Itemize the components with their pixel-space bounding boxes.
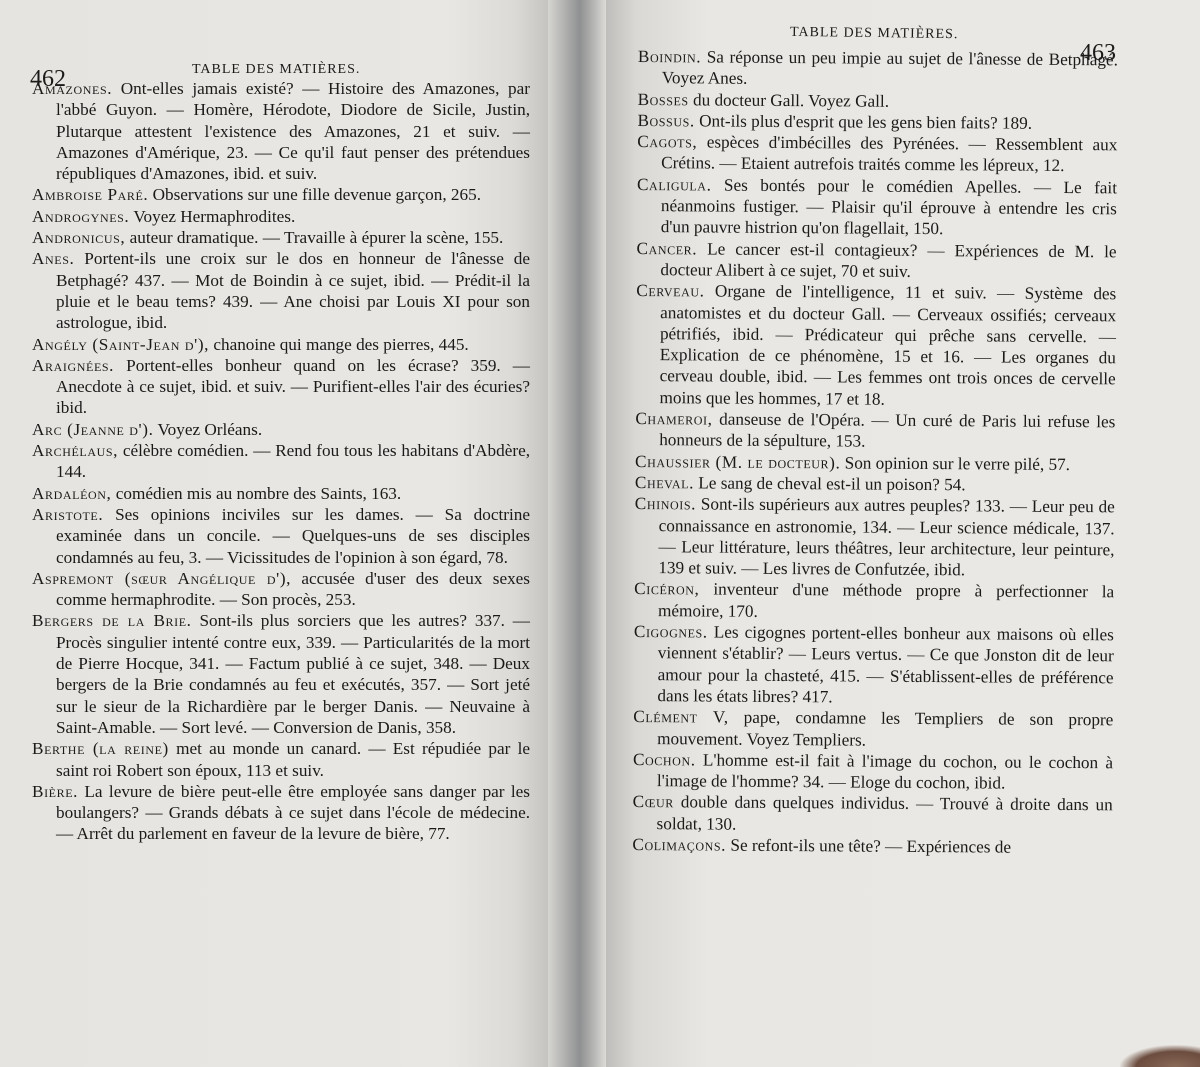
running-head: TABLE DES MATIÈRES. [192, 62, 360, 78]
entry-heading: Caligula. [637, 175, 712, 195]
entry-heading: Amazones. [32, 79, 112, 98]
index-entry: Cagots, espèces d'imbécilles des Pyrénée… [637, 131, 1117, 177]
index-entry: Berthe (la reine) met au monde un canard… [32, 738, 530, 781]
entry-text: auteur dramatique. — Travaille à épurer … [125, 228, 503, 247]
entry-heading: Anes. [32, 249, 74, 268]
entry-text: danseuse de l'Opéra. — Un curé de Paris … [659, 410, 1115, 451]
entry-text: Portent-elles bonheur quand on les écras… [56, 356, 530, 418]
entry-text: Le sang de cheval est-il un poison? 54. [694, 473, 966, 494]
entry-text: Voyez Hermaphrodites. [129, 207, 295, 226]
index-entry: Androgynes. Voyez Hermaphrodites. [32, 206, 530, 227]
running-head: TABLE DES MATIÈRES. [790, 25, 959, 43]
entry-heading: Androgynes. [32, 207, 129, 226]
entry-heading: Cagots, [637, 132, 697, 151]
entry-text: Le cancer est-il contagieux? — Expérienc… [660, 239, 1116, 281]
entry-text: célèbre comédien. — Rend fou tous les ha… [56, 441, 530, 481]
index-entry: Aristote. Ses opinions inciviles sur les… [32, 504, 530, 568]
index-entry: Bière. La levure de bière peut-elle être… [32, 781, 530, 845]
entry-text: double dans quelques individus. — Trouvé… [657, 793, 1113, 834]
entry-heading: Ardaléon, [32, 484, 111, 503]
index-entry: Anes. Portent-ils une croix sur le dos e… [32, 248, 530, 333]
index-entry: Aspremont (sœur Angélique d'), accusée d… [32, 568, 530, 611]
entry-text: du docteur Gall. Voyez Gall. [689, 90, 889, 110]
entry-heading: Aristote. [32, 505, 103, 524]
entry-heading: Clément V, [633, 707, 728, 727]
entry-text: Ses bontés pour le comédien Apelles. — L… [661, 175, 1117, 238]
entry-heading: Cheval. [635, 473, 694, 492]
entry-heading: Chinois. [635, 494, 696, 513]
entry-text: Voyez Orléans. [153, 420, 262, 439]
entry-heading: Cœur [633, 792, 674, 811]
entry-text: comédien mis au nombre des Saints, 163. [111, 484, 401, 503]
index-entry: Archélaus, célèbre comédien. — Rend fou … [32, 440, 530, 483]
entry-text: Organe de l'intelligence, 11 et suiv. — … [659, 282, 1116, 409]
book-gutter [548, 0, 606, 1067]
right-page: TABLE DES MATIÈRES. 463 Boindin. Sa répo… [600, 0, 1200, 1067]
entry-heading: Aspremont (sœur Angélique d'), [32, 569, 291, 588]
thumb [1120, 1045, 1200, 1067]
entry-text: chanoine qui mange des pierres, 445. [209, 335, 469, 354]
entry-text: Sont-ils supérieurs aux autres peuples? … [658, 495, 1115, 580]
entry-heading: Chameroi, [635, 409, 712, 429]
entry-heading: Andronicus, [32, 228, 125, 247]
index-entry: Andronicus, auteur dramatique. — Travail… [32, 227, 530, 248]
entry-text: espèces d'imbécilles des Pyrénées. — Res… [661, 133, 1117, 176]
index-entry: Ardaléon, comédien mis au nombre des Sai… [32, 483, 530, 504]
entry-heading: Angély (Saint-Jean d'), [32, 335, 209, 354]
entry-text: Portent-ils une croix sur le dos en honn… [56, 249, 530, 332]
index-entry: Cochon. L'homme est-il fait à l'image du… [633, 749, 1113, 795]
index-entry: Cerveau. Organe de l'intelligence, 11 et… [635, 280, 1116, 411]
entry-text: Se refont-ils une tête? — Expériences de [726, 836, 1011, 857]
index-entry: Araignées. Portent-elles bonheur quand o… [32, 355, 530, 419]
index-entry: Angély (Saint-Jean d'), chanoine qui man… [32, 334, 530, 355]
entry-heading: Berthe (la reine) [32, 739, 169, 758]
entry-text: L'homme est-il fait à l'image du cochon,… [657, 750, 1113, 792]
index-entry: Boindin. Sa réponse un peu impie au suje… [638, 46, 1118, 92]
entry-heading: Bière. [32, 782, 78, 801]
entry-text: Ses opinions inciviles sur les dames. — … [56, 505, 530, 567]
entry-heading: Archélaus, [32, 441, 118, 460]
entry-heading: Araignées. [32, 356, 114, 375]
index-entry: Chameroi, danseuse de l'Opéra. — Un curé… [635, 408, 1115, 454]
entry-heading: Cerveau. [636, 281, 704, 300]
entry-heading: Ambroise Paré. [32, 185, 148, 204]
entry-heading: Cochon. [633, 750, 696, 769]
entry-text: Sa réponse un peu impie au sujet de l'ân… [662, 47, 1118, 88]
index-entry: Arc (Jeanne d'). Voyez Orléans. [32, 419, 530, 440]
index-entry: Cigognes. Les cigognes portent-elles bon… [633, 621, 1114, 710]
index-entry: Caligula. Ses bontés pour le comédien Ap… [637, 174, 1117, 241]
index-entry: Bergers de la Brie. Sont-ils plus sorcie… [32, 610, 530, 738]
entry-heading: Bergers de la Brie. [32, 611, 192, 630]
index-entry: Cicéron, inventeur d'une méthode propre … [634, 578, 1114, 624]
entry-text: Ont-ils plus d'esprit que les gens bien … [695, 111, 1032, 132]
index-entry: Colimaçons. Se refont-ils une tête? — Ex… [632, 834, 1112, 859]
entry-heading: Colimaçons. [632, 835, 726, 855]
entry-heading: Boindin. [638, 47, 701, 66]
entry-text: Les cigognes portent-elles bonheur aux m… [657, 623, 1114, 707]
index-column: Amazones. Ont-elles jamais existé? — His… [32, 78, 530, 845]
entry-heading: Cicéron, [634, 579, 699, 598]
index-entry: Chinois. Sont-ils supérieurs aux autres … [634, 493, 1115, 582]
index-entry: Cancer. Le cancer est-il contagieux? — E… [636, 238, 1116, 284]
entry-text: Ont-elles jamais existé? — Histoire des … [56, 79, 530, 183]
entry-heading: Cigognes. [634, 622, 708, 642]
index-entry: Clément V, pape, condamne les Templiers … [633, 706, 1113, 752]
entry-text: inventeur d'une méthode propre à perfect… [658, 580, 1114, 621]
entry-heading: Bosses [638, 90, 689, 109]
left-page: 462 TABLE DES MATIÈRES. Amazones. Ont-el… [0, 0, 560, 1067]
index-column: Boindin. Sa réponse un peu impie au suje… [632, 46, 1118, 859]
entry-heading: Cancer. [637, 239, 698, 258]
entry-heading: Bossus. [637, 111, 694, 130]
entry-text: Son opinion sur le verre pilé, 57. [840, 453, 1070, 474]
entry-text: Observations sur une fille devenue garço… [148, 185, 481, 204]
entry-text: La levure de bière peut-elle être employ… [56, 782, 530, 844]
index-entry: Ambroise Paré. Observations sur une fill… [32, 184, 530, 205]
index-entry: Amazones. Ont-elles jamais existé? — His… [32, 78, 530, 184]
book-spread: 462 TABLE DES MATIÈRES. Amazones. Ont-el… [0, 0, 1200, 1067]
index-entry: Cœur double dans quelques individus. — T… [632, 791, 1112, 837]
entry-heading: Arc (Jeanne d'). [32, 420, 153, 439]
entry-heading: Chaussier (M. le docteur). [635, 452, 840, 472]
